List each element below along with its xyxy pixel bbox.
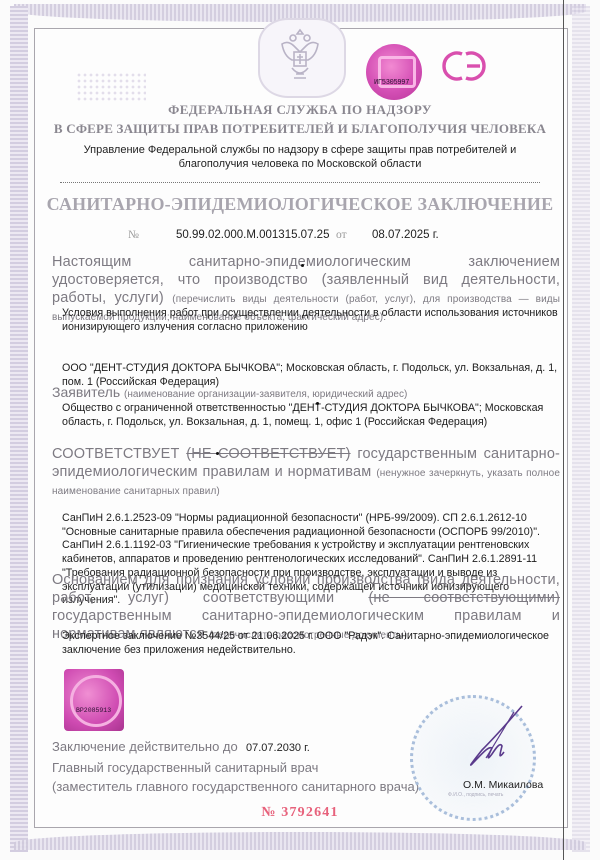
- scan-speck: [316, 402, 319, 405]
- department-underline: [60, 182, 540, 183]
- signature-icon: [452, 702, 532, 782]
- document-title: САНИТАРНО-ЭПИДЕМИОЛОГИЧЕСКОЕ ЗАКЛЮЧЕНИЕ: [0, 194, 600, 215]
- production-value: Условия выполнения работ при осуществлен…: [62, 307, 560, 334]
- conformity-struck-status: (НЕ СООТВЕТСТВУЕТ): [186, 446, 350, 462]
- hologram-number-2: ВР2085913: [76, 707, 111, 714]
- agency-name-line1: ФЕДЕРАЛЬНАЯ СЛУЖБА ПО НАДЗОРУ: [0, 102, 600, 118]
- document-number: 50.99.02.000.М.001315.07.25: [176, 229, 329, 241]
- basis-value: Экспертное заключение №3544/25 от 21.06.…: [62, 630, 560, 657]
- agency-name-line2: В СФЕРЕ ЗАЩИТЫ ПРАВ ПОТРЕБИТЕЛЕЙ И БЛАГО…: [0, 121, 600, 137]
- se-logo-icon: [440, 46, 492, 86]
- hologram-number: ИГ5305997: [374, 79, 409, 87]
- date-label: от: [336, 229, 347, 241]
- applicant-value: Общество с ограниченной ответственностью…: [62, 402, 560, 429]
- signer-name: О.М. Микаилова: [463, 779, 543, 791]
- conformity-status: СООТВЕТСТВУЕТ: [52, 446, 180, 462]
- signer-hint: Ф.И.О., подпись, печать: [448, 792, 503, 798]
- guilloche-border-bottom: [14, 832, 586, 850]
- valid-until-date: 07.07.2030 г.: [246, 742, 310, 754]
- applicant-hint: (наименование организации-заявителя, юри…: [124, 389, 407, 400]
- document-date: 08.07.2025 г.: [372, 229, 439, 241]
- number-label: №: [128, 229, 139, 241]
- security-pattern: [76, 72, 146, 102]
- department-name: Управление Федеральной службы по надзору…: [60, 143, 540, 171]
- hologram-logo-icon: [70, 675, 122, 727]
- chief-deputy-title: (заместитель главного государственного с…: [52, 779, 419, 794]
- double-headed-eagle-emblem-icon: [278, 26, 322, 84]
- hologram-sticker-2: ВР2085913: [64, 669, 124, 731]
- form-serial-number: № 3792641: [0, 805, 600, 821]
- hologram-sticker: ИГ5305997: [366, 44, 422, 100]
- conformity-heading: СООТВЕТСТВУЕТ (НЕ СООТВЕТСТВУЕТ) государ…: [52, 445, 560, 499]
- basis-struck: (не соответствующими): [368, 590, 560, 606]
- applicant-label: Заявитель: [52, 384, 120, 400]
- certificate-sheet: ИГ5305997 ФЕДЕРАЛЬНАЯ СЛУЖБА ПО НАДЗОРУ …: [0, 0, 600, 860]
- valid-until-label: Заключение действительно до: [52, 739, 238, 754]
- scan-speck: [301, 264, 304, 267]
- chief-title: Главный государственный санитарный врач: [52, 760, 318, 775]
- applicant-heading: Заявитель (наименование организации-заяв…: [52, 384, 407, 400]
- scan-speck: [216, 452, 219, 455]
